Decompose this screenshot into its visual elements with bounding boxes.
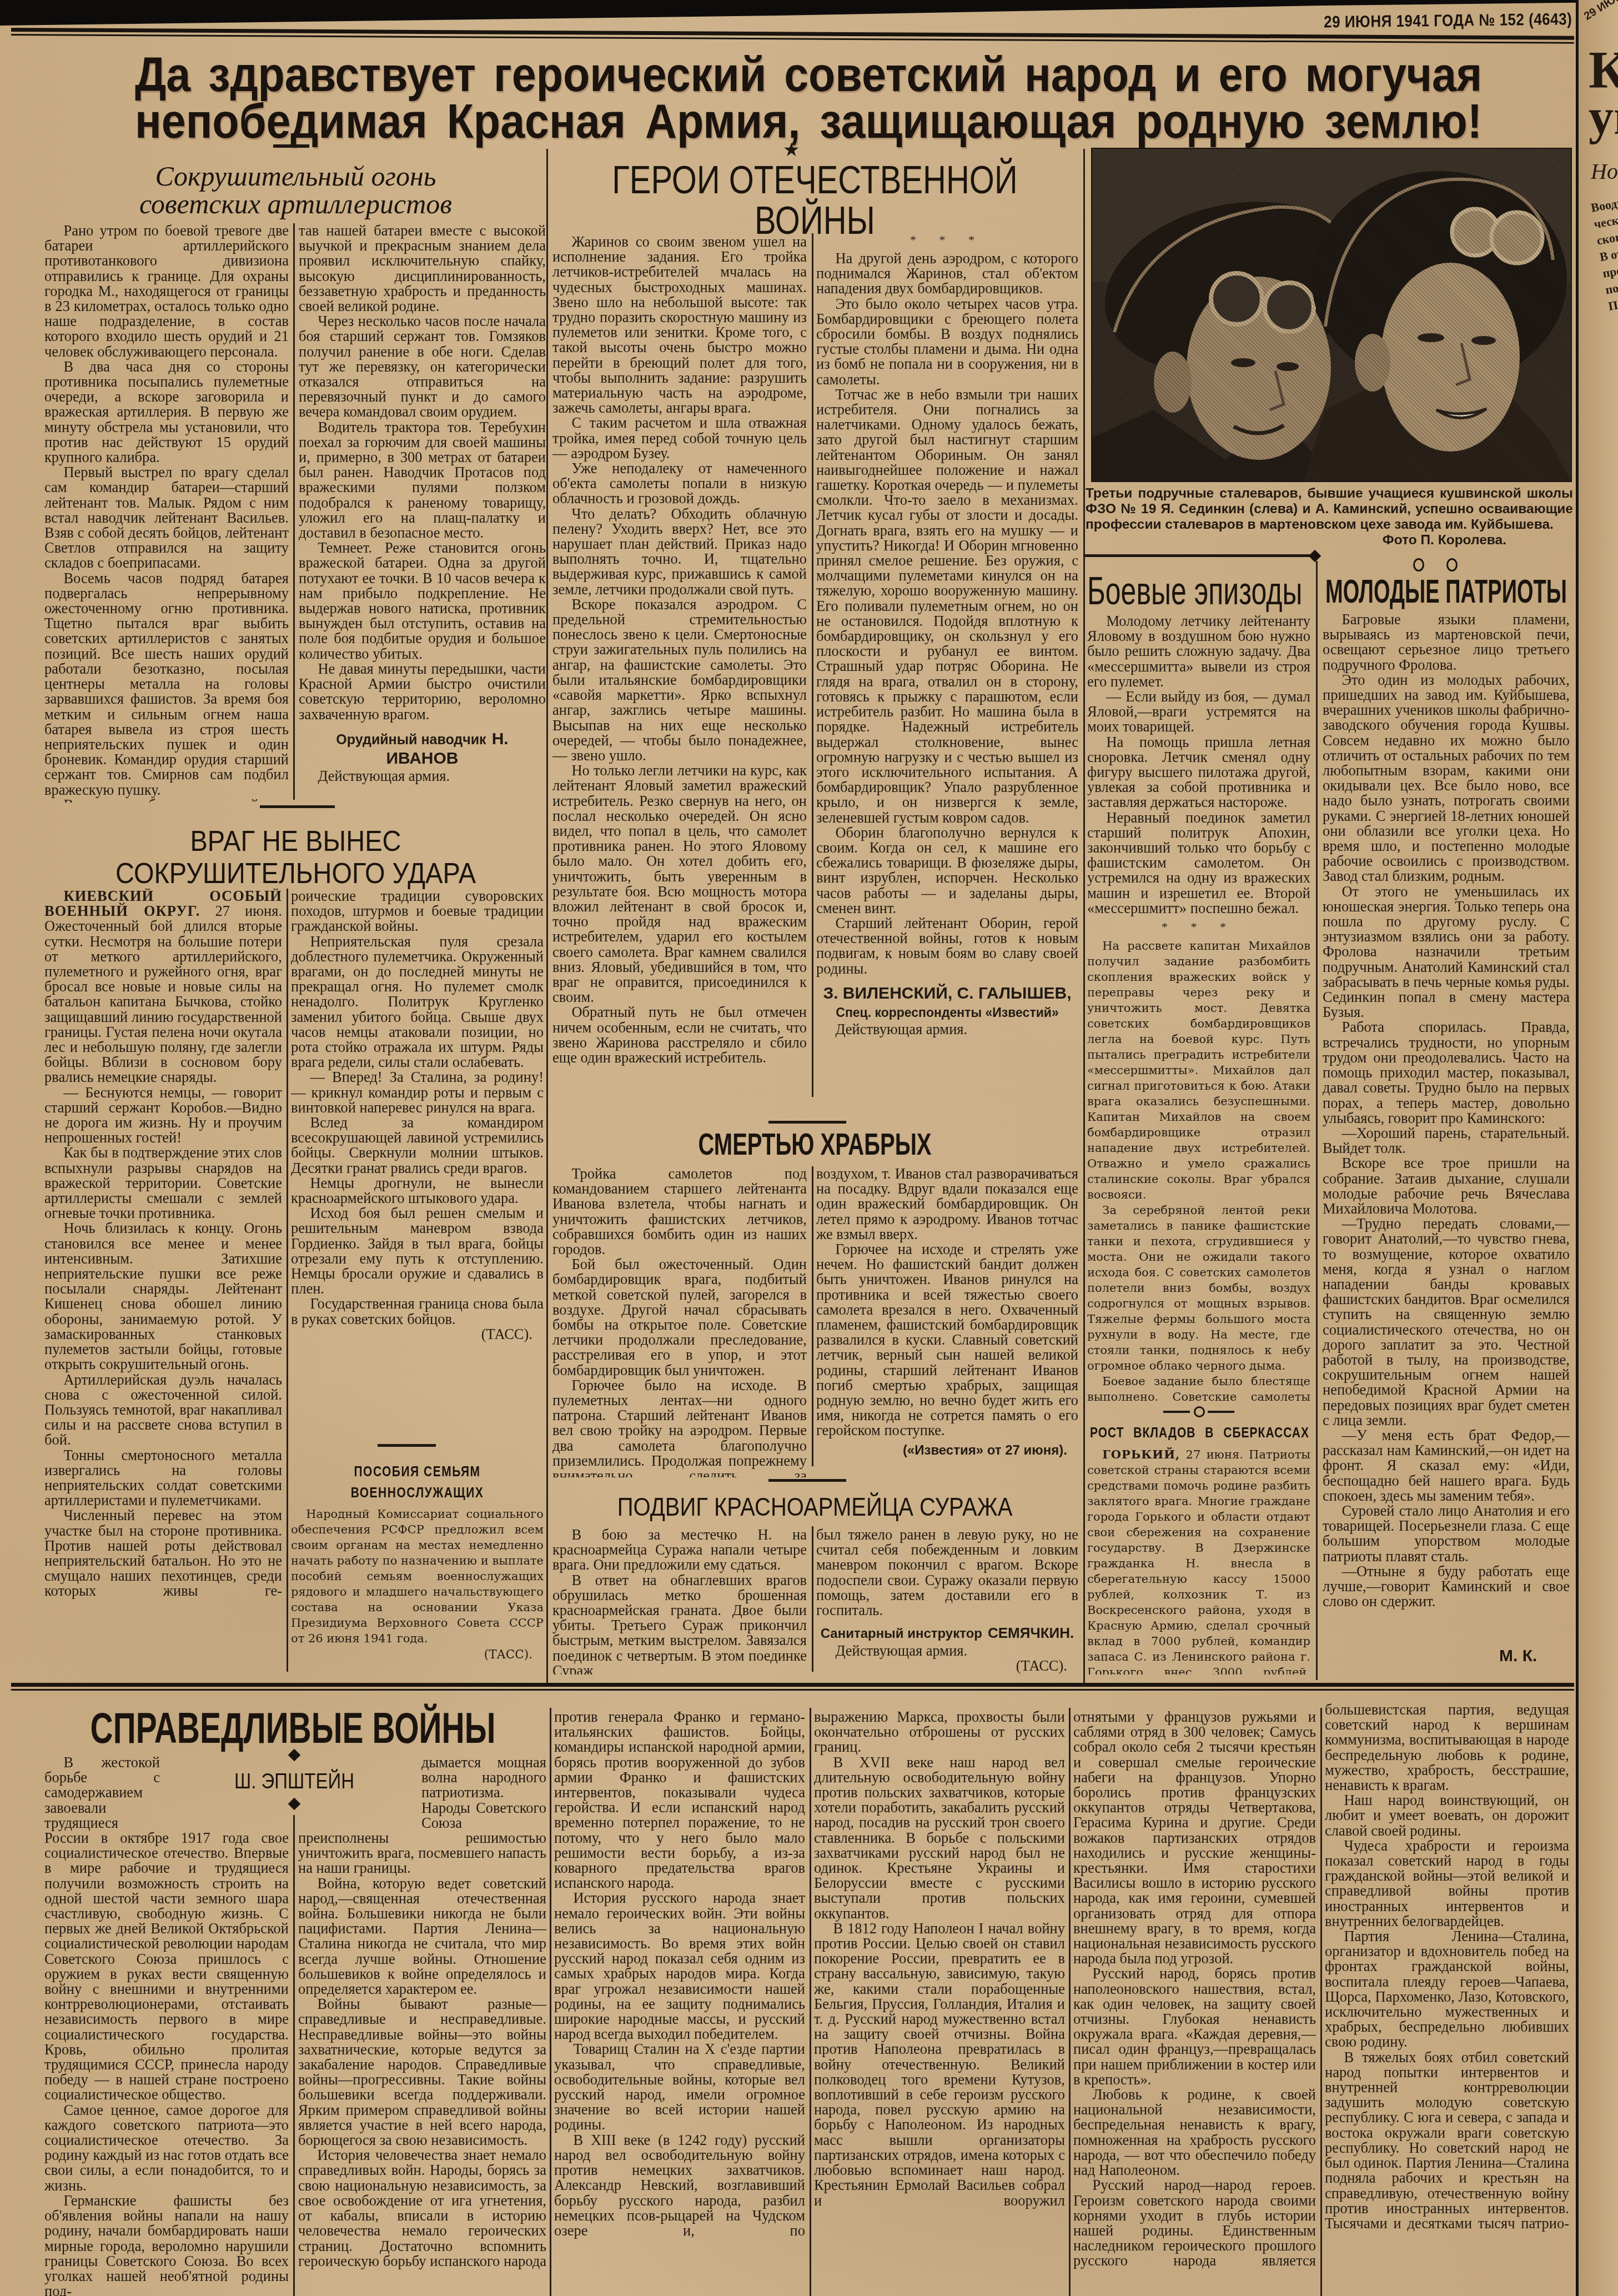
adjacent-date: 29 ИЮН	[1582, 0, 1618, 23]
paragraph-list: отнятыми у французов ружьями и саблями о…	[1073, 1710, 1316, 2269]
section-rule	[11, 1683, 1574, 1691]
paragraph: В первом же бою весь личный сос-	[44, 798, 289, 803]
paragraph: Государственная граница снова была в рук…	[291, 1296, 544, 1326]
article-column: Тройка самолетов под командованием старш…	[552, 1166, 807, 1477]
issue-date-line: 29 ИЮНЯ 1941 ГОДА № 152 (4643)	[1324, 9, 1572, 32]
paragraph: — Если выйду из боя, — думал Яловой,—вра…	[1087, 689, 1310, 735]
paragraph: Работа спорилась. Правда, встречались тр…	[1323, 1020, 1570, 1125]
paragraph: На помощь пришла летная сноровка. Летчик…	[1087, 735, 1310, 810]
paragraph-list: Рано утром по боевой тревоге две батареи…	[44, 223, 289, 803]
paragraph: Товарищ Сталин на X с'езде партии указыв…	[554, 2042, 805, 2132]
article-column: В жестокой борьбе с самодержавием завоев…	[44, 1755, 289, 2296]
paragraph: Русский народ—народ героев. Героизм сове…	[1073, 2178, 1316, 2268]
adjacent-headline-fragment: ун	[1589, 89, 1618, 146]
paragraph: Численный перевес на этом участке был на…	[44, 1508, 282, 1598]
news-agency-credit: (ТАСС).	[291, 1327, 544, 1342]
paragraph: В тяжелых боях отбил советский народ поп…	[1325, 2050, 1569, 2231]
dateline: Действующая армия.	[299, 769, 546, 784]
article-column: против генерала Франко и германо-итальян…	[554, 1710, 805, 2296]
paragraph: Рано утром по боевой тревоге две батареи…	[44, 223, 289, 359]
article-column: Рано утром по боевой тревоге две батареи…	[44, 223, 289, 803]
paragraph: Как бы в подтверждение этих слов вспыхну…	[44, 1145, 282, 1221]
title-text: МОЛОДЫЕ ПАТРИОТЫ	[1325, 575, 1567, 609]
column-rule	[812, 233, 813, 1097]
paragraph: Народный Комиссариат социального обеспеч…	[291, 1506, 544, 1646]
article-title: РОСТ ВКЛАДОВ В СБЕРКАССАХ	[1087, 1423, 1312, 1440]
halftone-texture	[1092, 149, 1571, 481]
paragraph: В два часа дня со стороны противника пос…	[44, 359, 289, 465]
title-line: ГЕРОИ ОТЕЧЕСТВЕННОЙ	[612, 160, 1017, 200]
paragraph-list: — Беснуются немцы, — говорит старший сер…	[44, 1085, 282, 1599]
paragraph-list: роические традиции суворовских походов, …	[291, 889, 544, 1327]
paragraph: В ответ на обнаглевших врагов обрушилась…	[552, 1573, 807, 1675]
paragraph: Оборин благополучно вернулся к своим. Ко…	[816, 825, 1078, 916]
paragraph: воздухом, т. Иванов стал разворачиваться…	[816, 1166, 1078, 1242]
article-column: Молодому летчику лейтенанту Яловому в во…	[1087, 614, 1310, 1402]
paragraph: —Хороший парень, старательный. Выйдет то…	[1323, 1126, 1570, 1156]
paragraph: против генерала Франко и германо-итальян…	[554, 1710, 805, 1891]
column-rule	[812, 1166, 813, 1466]
paragraph: Уже неподалеку от намеченного об'екта са…	[552, 461, 807, 507]
source-credit: («Известия» от 27 июня).	[816, 1443, 1078, 1458]
paragraph-list: выражению Маркса, прохвосты были окончат…	[814, 1710, 1065, 2208]
paragraph: —У меня есть брат Федор,—рассказал нам К…	[1323, 1428, 1570, 1503]
paragraph-list: На другой день аэродром, с которого подн…	[816, 251, 1078, 976]
article-column: * * * На другой день аэродром, с которог…	[816, 229, 1078, 1098]
paragraph: Первый выстрел по врагу сделал сам коман…	[44, 465, 289, 570]
paragraph: Бой был ожесточенный. Один бомбардировщи…	[552, 1257, 807, 1378]
dateline: Действующая армия.	[816, 1643, 1078, 1658]
title-line: ПОСОБИЯ СЕМЬЯМ	[351, 1462, 484, 1482]
byline-role: Орудийный наводчик	[336, 732, 486, 748]
paragraph-list: На рассвете капитан Михайлов получил зад…	[1087, 938, 1310, 1402]
paragraph: В бою за местечко Н. на красноармейца Су…	[552, 1527, 807, 1573]
paragraph: Что делать? Обходить облачную пелену? Ух…	[552, 507, 807, 597]
paragraph-list: тав нашей батареи вместе с высокой выучк…	[299, 223, 546, 722]
paragraph: История русского народа знает немало гер…	[554, 1891, 805, 2042]
article-title: ПОСОБИЯ СЕМЬЯМ ВОЕННОСЛУЖАЩИХ	[291, 1462, 544, 1496]
byline: Санитарный инструкторСЕМЯЧКИН.	[816, 1623, 1078, 1643]
paragraph: С таким расчетом и шла отважная тройка, …	[552, 415, 807, 461]
article-column: В бою за местечко Н. на красноармейца Су…	[552, 1527, 807, 1675]
paragraph-list: Жаринов со своим звеном ушел на исполнен…	[552, 234, 807, 1065]
title-text: Боевые эпизоды	[1087, 571, 1302, 611]
article-column: воздухом, т. Иванов стал разворачиваться…	[816, 1166, 1078, 1477]
paragraph: Война, которую ведет советский народ,—св…	[298, 1876, 546, 1997]
paragraph: Немцы дрогнули, не вынесли красноармейск…	[291, 1176, 544, 1206]
lead-paragraph: ГОРЬКИЙ, 27 июня. Патриоты советской стр…	[1087, 1447, 1310, 1675]
paragraph: Вслед за командиром всесокрушающей лавин…	[291, 1115, 544, 1176]
column-rule	[1320, 1708, 1322, 2296]
paragraph: был тяжело ранен в левую руку, но не счи…	[816, 1527, 1078, 1618]
article-title: ПОДВИГ КРАСНОАРМЕЙЦА СУРАЖА	[550, 1494, 1080, 1517]
article-title: МОЛОДЫЕ ПАТРИОТЫ	[1323, 575, 1570, 597]
paragraph: отнятыми у французов ружьями и саблями о…	[1073, 1710, 1316, 1966]
adjacent-page-strip: 29 ИЮН Ка ун Нов Воодушев ческим чу ског…	[1576, 0, 1618, 2296]
column-rule	[1069, 1708, 1071, 2296]
article-title: ВРАГ НЕ ВЫНЕС СОКРУШИТЕЛЬНОГО УДАРА	[44, 825, 547, 883]
paragraph: На рассвете капитан Михайлов получил зад…	[1087, 938, 1310, 1202]
title-line: ВОЕННОСЛУЖАЩИХ	[351, 1482, 484, 1503]
diamond-ornament-icon	[1309, 550, 1321, 563]
title-text: РОСТ ВКЛАДОВ В СБЕРКАССАХ	[1090, 1423, 1309, 1444]
dateline: Действующая армия.	[816, 1022, 1078, 1037]
paragraph-list: был тяжело ранен в левую руку, но не счи…	[816, 1527, 1078, 1618]
article-column: КИЕВСКИЙ ОСОБЫЙ ВОЕННЫЙ ОКРУГ. 27 июня. …	[44, 889, 282, 1672]
paragraph-list: Тройка самолетов под командованием старш…	[552, 1166, 807, 1477]
photo-young-steelworkers	[1091, 148, 1572, 482]
paragraph: Ночь близилась к концу. Огонь становился…	[44, 1221, 282, 1372]
paragraph: Горючее на исходе и стрелять уже нечем. …	[816, 1242, 1078, 1438]
article-column: Жаринов со своим звеном ушел на исполнен…	[552, 234, 807, 1098]
ornament-dash	[273, 144, 309, 148]
paragraph-list: В бою за местечко Н. на красноармейца Су…	[552, 1527, 807, 1675]
paragraph: Молодому летчику лейтенанту Яловому в во…	[1087, 614, 1310, 689]
article-column: роические традиции суворовских походов, …	[291, 889, 544, 1430]
paragraph: Вскоре все трое пришли на собрание. Зата…	[1323, 1156, 1570, 1216]
adjacent-subhead-fragment: Нов	[1591, 158, 1618, 184]
caption-text: Третьи подручные сталеваров, бывшие учащ…	[1086, 486, 1573, 533]
adjacent-text-lines: Воодушев ческим чу ского за В ответст пр…	[1590, 190, 1618, 314]
article-title: Боевые эпизоды	[1087, 571, 1312, 600]
article-column: дымается мощная волна народного патриоти…	[298, 1755, 546, 2296]
paragraph: Артиллерийская дуэль началась снова с ож…	[44, 1372, 282, 1448]
byline-role: Санитарный инструктор	[821, 1626, 982, 1641]
paragraph-list: Багровые языки пламени, вырываясь из мар…	[1323, 612, 1570, 1609]
article-title: СМЕРТЬЮ ХРАБРЫХ	[550, 1128, 1080, 1151]
paragraph: Партия Ленина—Сталина, организатор и вдо…	[1325, 1929, 1569, 2050]
column-rule	[810, 1708, 811, 2296]
byline: Орудийный наводчикН. ИВАНОВ	[299, 730, 546, 769]
separator-rule	[378, 1444, 436, 1447]
paragraph: Неравный поединок заметил старший политр…	[1087, 810, 1310, 916]
column-rule	[1316, 561, 1318, 1680]
newspaper-page: 29 ИЮНЯ 1941 ГОДА № 152 (4643) Да здравс…	[0, 0, 1618, 2296]
paragraph-list: Молодому летчику лейтенанту Яловому в во…	[1087, 614, 1310, 916]
paragraph: Исход боя был решен смелым и решительным…	[291, 1206, 544, 1296]
separator-rule	[1083, 554, 1312, 557]
paragraph: Через несколько часов после начала боя с…	[299, 314, 546, 419]
paragraph: Чудеса храбрости и героизма показал сове…	[1325, 1838, 1569, 1929]
paragraph: Это было около четырех часов утра. Бомба…	[816, 297, 1078, 387]
byline-role: Спец. корреспонденты «Известий»	[816, 1003, 1078, 1022]
column-rule	[550, 1708, 551, 2296]
section-separator-stars: * * *	[816, 229, 1078, 251]
paragraph: выражению Маркса, прохвосты были окончат…	[814, 1710, 1065, 1755]
paragraph: большевистская партия, ведущая советский…	[1325, 1702, 1569, 1793]
paragraph: — Беснуются немцы, — говорит старший сер…	[44, 1085, 282, 1146]
paragraph: —Отныне я буду работать еще лучше,—говор…	[1323, 1564, 1570, 1610]
paragraph: В 1812 году Наполеон I начал войну проти…	[814, 1921, 1065, 2208]
ring-ornament-icon	[1413, 558, 1458, 574]
paragraph: Войны бывают разные—справедливые и неспр…	[298, 1997, 546, 2148]
author-initials: М. К.	[1499, 1647, 1537, 1666]
news-agency-credit: (ТАСС).	[291, 1646, 544, 1664]
title-line: Сокрушительный огонь	[44, 162, 547, 190]
paragraph: Темнеет. Реже становится огонь вражеской…	[299, 540, 546, 661]
paragraph: Жаринов со своим звеном ушел на исполнен…	[552, 234, 807, 415]
title-line: советских артиллеристов	[44, 190, 547, 218]
paragraph: Боевое задание было блестяще выполнено. …	[1087, 1373, 1310, 1402]
article-column: Народный Комиссариат социального обеспеч…	[291, 1506, 544, 1676]
main-headline-line-2: непобедимая Красная Армия, защищающая ро…	[135, 96, 1482, 147]
article-column: тав нашей батареи вместе с высокой выучк…	[299, 223, 546, 803]
paragraph: Старший лейтенант Оборин, герой отечеств…	[816, 916, 1078, 976]
paragraph-list: воздухом, т. Иванов стал разворачиваться…	[816, 1166, 1078, 1438]
dateline-location: ГОРЬКИЙ,	[1102, 1447, 1180, 1461]
paragraph: Это один из молодых рабочих, пришедших н…	[1323, 673, 1570, 884]
article-column: большевистская партия, ведущая советский…	[1325, 1702, 1569, 2296]
title-text: СМЕРТЬЮ ХРАБРЫХ	[698, 1128, 931, 1161]
paragraph-list: большевистская партия, ведущая советский…	[1325, 1702, 1569, 2231]
paragraph: От этого не уменьшилась их юношеская эне…	[1323, 884, 1570, 1020]
lead-text: 27 июня. Патриоты советской страны стара…	[1087, 1448, 1310, 1675]
paragraph: Вскоре показался аэродром. С предельной …	[552, 597, 807, 763]
paragraph: тав нашей батареи вместе с высокой выучк…	[299, 223, 546, 314]
article-title: ГЕРОИ ОТЕЧЕСТВЕННОЙ ВОЙНЫ	[550, 160, 1080, 227]
photo-caption: Третьи подручные сталеваров, бывшие учащ…	[1086, 486, 1573, 548]
article-column: Багровые языки пламени, вырываясь из мар…	[1323, 612, 1570, 1651]
title-text: СПРАВЕДЛИВЫЕ ВОЙНЫ	[91, 1706, 496, 1751]
article-title: СПРАВЕДЛИВЫЕ ВОЙНЫ	[44, 1706, 541, 1739]
title-line: ВРАГ НЕ ВЫНЕС	[115, 825, 476, 857]
paragraph: Не давая минуты передышки, части Красной…	[299, 661, 546, 722]
paragraph: Неприятельская пуля срезала доблестного …	[291, 934, 544, 1070]
column-rule	[546, 149, 548, 1683]
photo-credit: Фото П. Королева.	[1086, 533, 1573, 548]
ring-ornament-icon	[1163, 1406, 1235, 1417]
separator-rule	[260, 805, 335, 808]
paragraph-list: дымается мощная волна народного патриоти…	[298, 1755, 546, 2269]
paragraph: Наш народ воинствующий, он любит и умеет…	[1325, 1793, 1569, 1838]
column-rule	[293, 223, 295, 800]
paragraph: Тотчас же в небо взмыли три наших истреб…	[816, 387, 1078, 825]
title-line: СОКРУШИТЕЛЬНОГО УДАРА	[115, 857, 476, 889]
paragraph: —Трудно передать словами,—говорит Анатол…	[1323, 1216, 1570, 1428]
paragraph: Любовь к родине, к своей национальной не…	[1073, 2087, 1316, 2178]
paragraph: Восемь часов подряд батарея подвергалась…	[44, 571, 289, 798]
paragraph: Русский народ, борясь против наполеоновс…	[1073, 1966, 1316, 2087]
paragraph-list: В жестокой борьбе с самодержавием завоев…	[44, 1755, 289, 2296]
paragraph: В XVII веке наш народ вел длительную осв…	[814, 1755, 1065, 1921]
article-title: Сокрушительный огонь советских артиллери…	[44, 162, 547, 218]
paragraph: Горючее было на исходе. В пулеметных лен…	[552, 1378, 807, 1477]
lead-paragraph: КИЕВСКИЙ ОСОБЫЙ ВОЕННЫЙ ОКРУГ. 27 июня. …	[44, 889, 282, 1085]
paragraph: Но только легли летчики на курс, как лей…	[552, 763, 807, 1005]
paragraph: За серебряной лентой реки заметались в п…	[1087, 1202, 1310, 1373]
paragraph-list: Народный Комиссариат социального обеспеч…	[291, 1506, 544, 1646]
separator-rule	[768, 1121, 846, 1124]
section-separator-stars: * * *	[1087, 916, 1310, 938]
news-agency-credit: (ТАСС).	[816, 1658, 1078, 1673]
paragraph: Водитель трактора тов. Теребухин поехал …	[299, 420, 546, 541]
paragraph: В XIII веке (в 1242 году) русский народ …	[554, 2133, 805, 2238]
column-rule	[293, 1815, 295, 2296]
article-column: выражению Маркса, прохвосты были окончат…	[814, 1710, 1065, 2296]
column-rule	[287, 889, 288, 1672]
article-column: отнятыми у французов ружьями и саблями о…	[1073, 1710, 1316, 2296]
paragraph: роические традиции суворовских походов, …	[291, 889, 544, 934]
article-column: был тяжело ранен в левую руку, но не счи…	[816, 1527, 1078, 1675]
article-column: ГОРЬКИЙ, 27 июня. Патриоты советской стр…	[1087, 1447, 1310, 1675]
paragraph: Обратный путь не был отмечен ничем особе…	[552, 1005, 807, 1065]
paragraph: Суровей стало лицо Анатолия и его товари…	[1323, 1503, 1570, 1564]
column-rule	[1083, 149, 1085, 1683]
title-text: ПОДВИГ КРАСНОАРМЕЙЦА СУРАЖА	[617, 1494, 1013, 1521]
paragraph: Самое ценное, самое дорогое для каждого …	[44, 2103, 289, 2193]
paragraph: Германские фашисты без об'явления войны …	[44, 2193, 289, 2296]
lead-text: 27 июня. Ожесточенный бой длился вторые …	[44, 903, 282, 1085]
paragraph-list: против генерала Франко и германо-итальян…	[554, 1710, 805, 2238]
paragraph: Тройка самолетов под командованием старш…	[552, 1166, 807, 1257]
paragraph: Багровые языки пламени, вырываясь из мар…	[1323, 612, 1570, 673]
column-rule	[812, 1526, 813, 1672]
paragraph: История человечества знает немало справе…	[298, 2148, 546, 2269]
paragraph: Тонны смертоносного металла извергались …	[44, 1448, 282, 1508]
main-headline-line-1: Да здравствует героический советский нар…	[135, 49, 1482, 100]
paragraph: — Вперед! За Сталина, за родину! — крикн…	[291, 1070, 544, 1115]
byline-authors: З. ВИЛЕНСКИЙ, С. ГАЛЫШЕВ,	[816, 984, 1078, 1003]
separator-rule	[768, 1479, 846, 1482]
byline-name: СЕМЯЧКИН.	[988, 1625, 1074, 1641]
paragraph: На другой день аэродром, с которого подн…	[816, 251, 1078, 297]
